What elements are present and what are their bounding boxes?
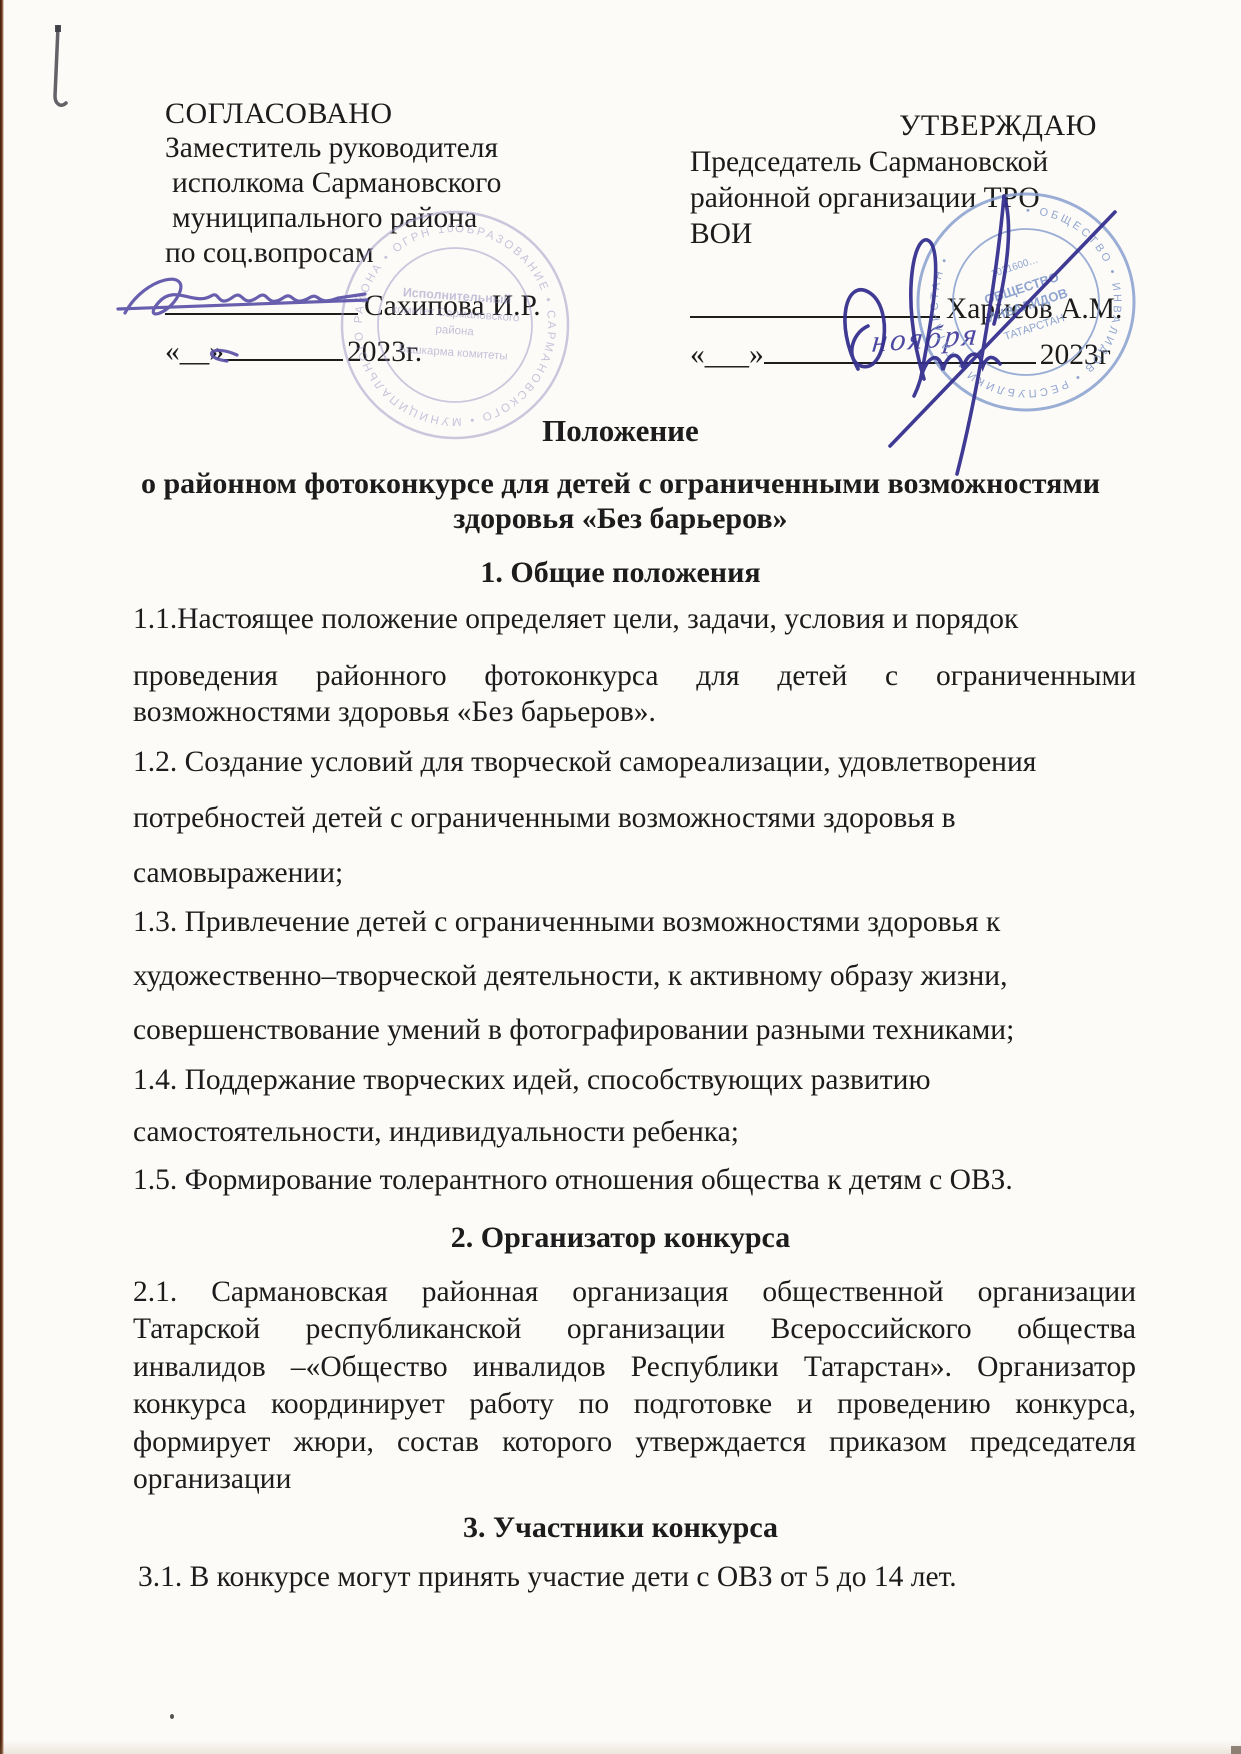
body-line: 1.4. Поддержание творческих идей, способ… — [133, 1064, 1136, 1098]
date-line: ноября — [764, 332, 1036, 364]
date-row: «__»2023г. — [165, 329, 560, 370]
signature-row: Сахипова И.Р. — [165, 283, 560, 327]
scan-bottom-shadow — [0, 1740, 1241, 1754]
date-quote: «__» — [165, 336, 224, 368]
approval-block-agreed: СОГЛАСОВАНО Заместитель руководителя исп… — [165, 96, 560, 370]
date-year: 2023г — [1036, 339, 1111, 371]
body-line: 1.5. Формирование толерантного отношения… — [133, 1164, 1136, 1198]
body-line: Татарской республиканской организации Вс… — [133, 1313, 1136, 1347]
date-year: 2023г. — [343, 336, 422, 368]
scan-left-edge — [0, 0, 4, 1754]
body-line: потребностей детей с ограниченными возмо… — [133, 802, 1136, 836]
body-line: самостоятельности, индивидуальности ребе… — [133, 1116, 1136, 1150]
section1-heading: 1. Общие положения — [0, 556, 1241, 591]
body-line: организации — [133, 1463, 1136, 1497]
date-quote: «___» — [690, 339, 764, 371]
ink-speck — [170, 1714, 174, 1719]
approver-role-line: муниципального района — [165, 201, 560, 236]
doc-subtitle-line1: о районном фотоконкурсе для детей с огра… — [0, 467, 1241, 502]
stray-pen-mark — [46, 24, 76, 119]
body-line: инвалидов –«Общество инвалидов Республик… — [133, 1351, 1136, 1385]
section3-heading: 3. Участники конкурса — [0, 1511, 1241, 1546]
scan-corner-mark — [1231, 1746, 1241, 1754]
approval-block-approved: УТВЕРЖДАЮ Председатель Сармановской райо… — [690, 108, 1125, 373]
body-line: самовыражении; — [133, 857, 1136, 891]
body-line: 1.1.Настоящее положение определяет цели,… — [133, 603, 1136, 637]
body-line: формирует жюри, состав которого утвержда… — [133, 1426, 1136, 1460]
doc-title: Положение — [0, 413, 1241, 449]
body-line: совершенствование умений в фотографирова… — [133, 1014, 1136, 1048]
handwritten-month: ноября — [870, 316, 982, 360]
approver-role-line: по соц.вопросам — [165, 236, 560, 271]
approver-role-line: Председатель Сармановской — [690, 144, 1125, 180]
body-line: 2.1. Сармановская районная организация о… — [133, 1276, 1136, 1310]
approver-role-line: исполкома Сармановского — [165, 166, 560, 201]
section2-heading: 2. Организатор конкурса — [0, 1221, 1241, 1256]
signature-line — [165, 283, 358, 315]
scanned-document-page: СОГЛАСОВАНО Заместитель руководителя исп… — [0, 0, 1241, 1754]
approved-label: УТВЕРЖДАЮ — [690, 108, 1125, 144]
signature-line — [690, 286, 940, 318]
body-line: конкурса координирует работу по подготов… — [133, 1388, 1136, 1422]
signatory-name: Сахипова И.Р. — [358, 290, 541, 322]
date-row: «___»ноября2023г — [690, 332, 1125, 373]
doc-subtitle-line2: здоровья «Без барьеров» — [0, 502, 1241, 537]
agreed-label: СОГЛАСОВАНО — [165, 96, 560, 131]
body-line: возможностями здоровья «Без барьеров». — [133, 696, 1136, 730]
body-line: 1.2. Создание условий для творческой сам… — [133, 746, 1136, 780]
body-line: 1.3. Привлечение детей с ограниченными в… — [133, 906, 1136, 940]
date-line — [224, 329, 343, 361]
approver-role-line: ВОИ — [690, 216, 1125, 252]
approver-role-line: районной организации ТРО — [690, 180, 1125, 216]
body-line: проведения районного фотоконкурса для де… — [133, 660, 1136, 694]
body-line: 3.1. В конкурсе могут принять участие де… — [138, 1561, 1141, 1595]
approver-role-line: Заместитель руководителя — [165, 131, 560, 166]
body-line: художественно–творческой деятельности, к… — [133, 960, 1136, 994]
